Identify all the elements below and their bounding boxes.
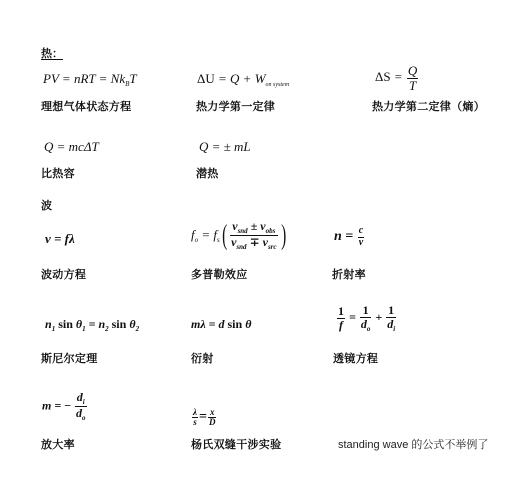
formula-subscript: obs <box>266 227 276 235</box>
formula-subscript: 1 <box>82 325 86 333</box>
function-name: sin <box>228 317 243 331</box>
label-double-slit: 杨氏双缝干涉实验 <box>191 436 281 452</box>
formula-subscript: 2 <box>136 325 140 333</box>
label-specific-heat: 比热容 <box>41 165 75 181</box>
denominator: s <box>192 418 198 427</box>
numerator: vsnd ± vobs <box>231 220 276 235</box>
formula-second-law: ΔS = Q T <box>375 64 419 92</box>
formula-subscript: snd <box>236 243 246 251</box>
formula-term: mλ <box>191 317 206 331</box>
denominator: T <box>408 79 417 93</box>
numerator: 1 <box>362 304 370 317</box>
denominator: D <box>208 418 217 427</box>
formula-double-slit: λ s = x D <box>191 408 217 428</box>
denominator: v <box>358 238 364 249</box>
label-magnification: 放大率 <box>41 436 75 452</box>
formula-term: Nk <box>111 71 125 86</box>
function-name: sin <box>112 317 127 331</box>
formula-diffraction: mλ = d sin θ <box>191 318 251 330</box>
formula-subscript: o <box>367 325 371 333</box>
formula-snell: n1 sin θ1 = n2 sin θ2 <box>45 318 139 333</box>
formula-term: n <box>45 317 52 331</box>
formula-subscript: 1 <box>52 325 56 333</box>
numerator: c <box>358 226 364 237</box>
label-latent-heat: 潜热 <box>196 165 219 181</box>
function-name: sin <box>58 317 73 331</box>
formula-subscript: o <box>82 414 86 422</box>
formula-term: m <box>42 399 51 413</box>
label-doppler: 多普勒效应 <box>191 266 248 282</box>
equals-sign: = <box>199 410 207 425</box>
fraction: di do <box>75 391 87 423</box>
formula-subscript: i <box>393 325 395 333</box>
numerator: λ <box>192 408 198 417</box>
label-refractive-index: 折射率 <box>332 266 366 282</box>
formula-magnification: m = − di do <box>42 391 88 423</box>
left-paren-icon: ( <box>222 222 227 250</box>
fraction: x D <box>208 408 217 428</box>
formula-first-law: ΔU = Q + Won system <box>197 72 289 88</box>
formula-subscript: i <box>83 398 85 406</box>
formula-term: PV <box>43 71 59 86</box>
fraction: c v <box>358 226 364 248</box>
fraction: Q T <box>407 64 418 92</box>
parenthesized-fraction: (vsnd ± vobsvsnd ∓ vsrc) <box>220 220 288 252</box>
label-ideal-gas: 理想气体状态方程 <box>41 98 131 114</box>
numerator: Q <box>407 64 418 78</box>
formula-term: d <box>219 317 225 331</box>
formula-wave-equation: v = fλ <box>45 232 75 245</box>
formula-subscript: 2 <box>105 325 109 333</box>
formula-subscript: src <box>268 243 277 251</box>
formula-ideal-gas: PV = nRT = NkBT <box>43 72 137 88</box>
formula-term: T <box>129 71 136 86</box>
numerator: x <box>209 408 216 417</box>
operator: ∓ <box>250 235 260 249</box>
right-paren-icon: ) <box>281 222 286 250</box>
fraction: 1 di <box>386 304 396 333</box>
formula-latent-heat: Q = ± mL <box>199 140 251 153</box>
numerator: 1 <box>337 305 345 318</box>
label-wave-equation: 波动方程 <box>41 266 86 282</box>
label-first-law: 热力学第一定律 <box>196 98 275 114</box>
note-standing-wave: standing wave 的公式不举例了 <box>338 436 488 452</box>
formula-subscript: on system <box>266 82 290 88</box>
fraction: λ s <box>192 408 198 428</box>
label-diffraction: 衍射 <box>191 350 214 366</box>
fraction: vsnd ± vobsvsnd ∓ vsrc <box>230 220 277 252</box>
operator: − <box>64 399 71 413</box>
formula-refractive-index: n = c v <box>334 226 365 248</box>
denominator: f <box>338 319 344 332</box>
formula-subscript: o <box>195 236 199 244</box>
denominator: vsnd ∓ vsrc <box>230 236 277 251</box>
formula-lens: 1 f = 1 do + 1 di <box>336 304 397 333</box>
formula-term: ΔU <box>197 71 215 86</box>
formula-term: Q + W <box>230 71 266 86</box>
formula-specific-heat: Q = mcΔT <box>44 140 99 153</box>
operator: ± <box>251 219 258 233</box>
formula-term: ΔS <box>375 69 391 84</box>
formula-doppler: fo = fs(vsnd ± vobsvsnd ∓ vsrc) <box>191 220 288 252</box>
formula-term: nRT <box>74 71 95 86</box>
label-snell: 斯尼尔定理 <box>41 350 98 366</box>
formula-subscript: snd <box>238 227 248 235</box>
section-heading-wave: 波 <box>41 197 52 213</box>
label-second-law: 热力学第二定律（熵） <box>372 98 485 114</box>
fraction: 1 do <box>360 304 372 333</box>
fraction: 1 f <box>337 305 345 331</box>
label-lens: 透镜方程 <box>333 350 378 366</box>
numerator: 1 <box>387 304 395 317</box>
formula-term: n <box>334 229 342 244</box>
section-heading-heat: 热： <box>41 45 63 61</box>
formula-term: θ <box>245 317 251 331</box>
